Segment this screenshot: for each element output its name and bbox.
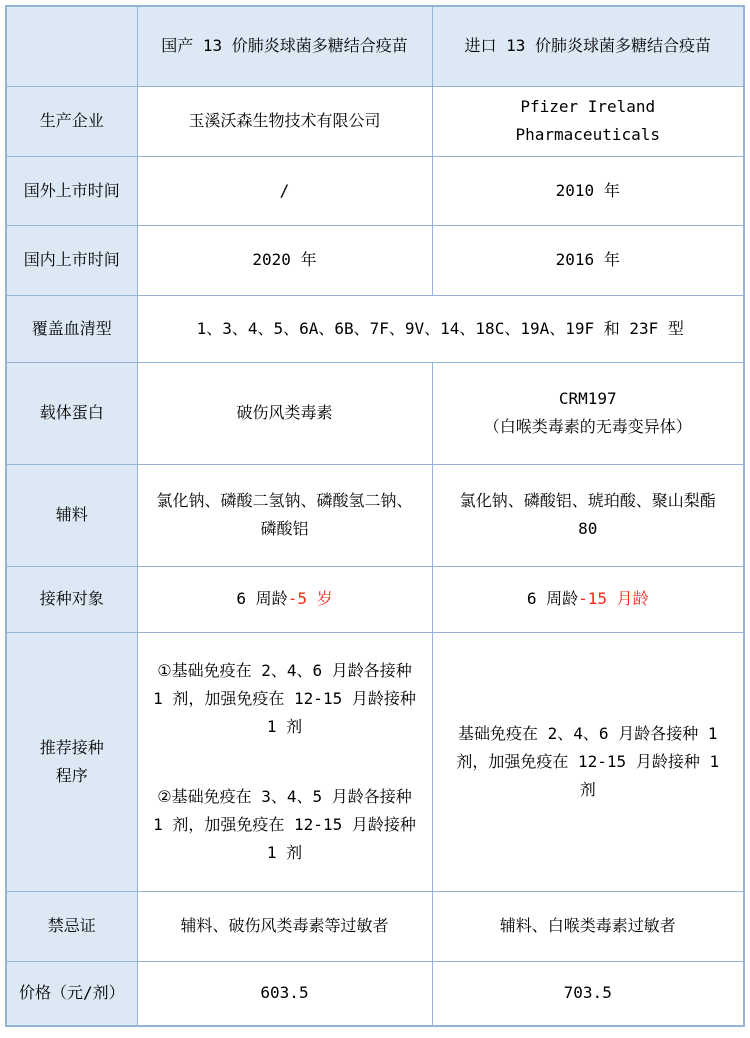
cell-abroad-launch-imported: 2010 年 [432,156,744,225]
column-header-imported: 进口 13 价肺炎球菌多糖结合疫苗 [432,6,744,86]
table-row-carrier-protein: 载体蛋白 破伤风类毒素 CRM197 （白喉类毒素的无毒变异体） [6,362,744,464]
row-label-excipients: 辅料 [6,464,137,566]
cell-target-age-domestic: 6 周龄-5 岁 [137,566,432,632]
schedule-domestic-option2: ②基础免疫在 3、4、5 月龄各接种 1 剂，加强免疫在 12-15 月龄接种 … [150,783,420,867]
cell-manufacturer-imported: Pfizer Ireland Pharmaceuticals [432,86,744,156]
row-label-serotypes: 覆盖血清型 [6,295,137,362]
table-row-header: 国产 13 价肺炎球菌多糖结合疫苗 进口 13 价肺炎球菌多糖结合疫苗 [6,6,744,86]
cell-price-imported: 703.5 [432,961,744,1026]
cell-carrier-protein-domestic: 破伤风类毒素 [137,362,432,464]
table-row-abroad-launch: 国外上市时间 / 2010 年 [6,156,744,225]
table-row-schedule: 推荐接种 程序 ①基础免疫在 2、4、6 月龄各接种 1 剂，加强免疫在 12-… [6,632,744,891]
cell-excipients-domestic: 氯化钠、磷酸二氢钠、磷酸氢二钠、 磷酸铝 [137,464,432,566]
cell-excipients-imported: 氯化钠、磷酸铝、琥珀酸、聚山梨酯 80 [432,464,744,566]
schedule-domestic-option1: ①基础免疫在 2、4、6 月龄各接种 1 剂，加强免疫在 12-15 月龄接种 … [150,657,420,741]
row-label-abroad-launch: 国外上市时间 [6,156,137,225]
target-age-imported-normal: 6 周龄 [527,589,578,608]
cell-contraindications-imported: 辅料、白喉类毒素过敏者 [432,891,744,961]
column-header-domestic: 国产 13 价肺炎球菌多糖结合疫苗 [137,6,432,86]
table-row-target-age: 接种对象 6 周龄-5 岁 6 周龄-15 月龄 [6,566,744,632]
row-label-price: 价格（元/剂） [6,961,137,1026]
cell-domestic-launch-imported: 2016 年 [432,225,744,295]
cell-target-age-imported: 6 周龄-15 月龄 [432,566,744,632]
row-label-target-age: 接种对象 [6,566,137,632]
target-age-domestic-highlight: -5 岁 [288,589,333,608]
corner-cell [6,6,137,86]
table-row-excipients: 辅料 氯化钠、磷酸二氢钠、磷酸氢二钠、 磷酸铝 氯化钠、磷酸铝、琥珀酸、聚山梨酯… [6,464,744,566]
cell-abroad-launch-domestic: / [137,156,432,225]
table-row-contraindications: 禁忌证 辅料、破伤风类毒素等过敏者 辅料、白喉类毒素过敏者 [6,891,744,961]
vaccine-comparison-page: 国产 13 价肺炎球菌多糖结合疫苗 进口 13 价肺炎球菌多糖结合疫苗 生产企业… [0,0,750,1038]
cell-schedule-imported: 基础免疫在 2、4、6 月龄各接种 1 剂，加强免疫在 12-15 月龄接种 1… [432,632,744,891]
target-age-domestic-normal: 6 周龄 [236,589,287,608]
cell-domestic-launch-domestic: 2020 年 [137,225,432,295]
cell-manufacturer-domestic: 玉溪沃森生物技术有限公司 [137,86,432,156]
cell-price-domestic: 603.5 [137,961,432,1026]
table-row-serotypes: 覆盖血清型 1、3、4、5、6A、6B、7F、9V、14、18C、19A、19F… [6,295,744,362]
table-row-price: 价格（元/剂） 603.5 703.5 [6,961,744,1026]
table-row-manufacturer: 生产企业 玉溪沃森生物技术有限公司 Pfizer Ireland Pharmac… [6,86,744,156]
cell-carrier-protein-imported: CRM197 （白喉类毒素的无毒变异体） [432,362,744,464]
cell-schedule-domestic: ①基础免疫在 2、4、6 月龄各接种 1 剂，加强免疫在 12-15 月龄接种 … [137,632,432,891]
row-label-contraindications: 禁忌证 [6,891,137,961]
table-row-domestic-launch: 国内上市时间 2020 年 2016 年 [6,225,744,295]
row-label-schedule: 推荐接种 程序 [6,632,137,891]
target-age-imported-highlight: -15 月龄 [578,589,649,608]
cell-contraindications-domestic: 辅料、破伤风类毒素等过敏者 [137,891,432,961]
row-label-manufacturer: 生产企业 [6,86,137,156]
row-label-domestic-launch: 国内上市时间 [6,225,137,295]
row-label-carrier-protein: 载体蛋白 [6,362,137,464]
cell-serotypes-merged: 1、3、4、5、6A、6B、7F、9V、14、18C、19A、19F 和 23F… [137,295,744,362]
vaccine-comparison-table: 国产 13 价肺炎球菌多糖结合疫苗 进口 13 价肺炎球菌多糖结合疫苗 生产企业… [5,5,745,1027]
